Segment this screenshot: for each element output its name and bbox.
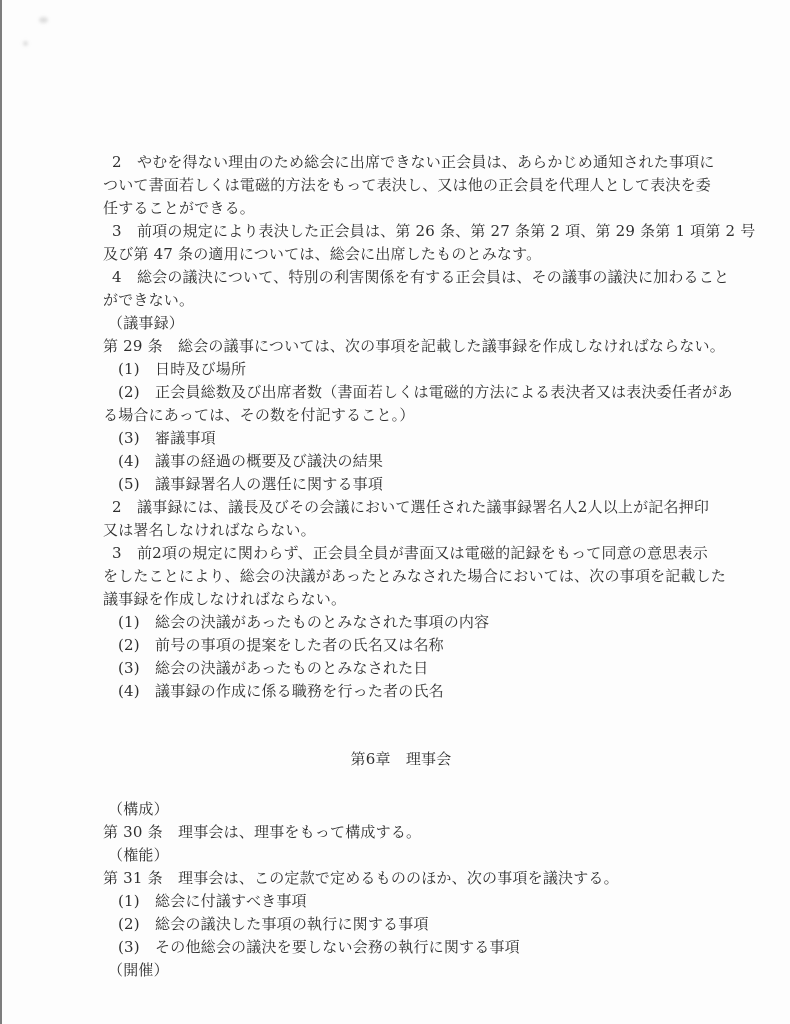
paragraph-line: 4 総会の議決について、特別の利害関係を有する正会員は、その議事の議決に加わるこ… bbox=[103, 266, 699, 289]
continuation-line: をしたことにより、総会の決議があったとみなされた場合においては、次の事項を記載し… bbox=[103, 565, 699, 588]
list-item-line: (3) 審議事項 bbox=[103, 427, 699, 450]
list-item-line: (1) 日時及び場所 bbox=[103, 358, 699, 381]
continuation-line: ができない。 bbox=[103, 289, 699, 312]
document-text: 2 やむを得ない理由のため総会に出席できない正会員は、あらかじめ通知された事項に… bbox=[103, 151, 699, 982]
paren-heading-line: （開催） bbox=[103, 959, 699, 982]
continuation-line: 又は署名しなければならない。 bbox=[103, 519, 699, 542]
list-item-line: (5) 議事録署名人の選任に関する事項 bbox=[103, 473, 699, 496]
continuation-line: ついて書面若しくは電磁的方法をもって表決し、又は他の正会員を代理人として表決を委 bbox=[103, 174, 699, 197]
continuation-line: 任することができる。 bbox=[103, 197, 699, 220]
document-page: 2 やむを得ない理由のため総会に出席できない正会員は、あらかじめ通知された事項に… bbox=[0, 0, 790, 1024]
paren-heading-line: （権能） bbox=[103, 844, 699, 867]
article-line: 第 29 条 総会の議事については、次の事項を記載した議事録を作成しなければなら… bbox=[103, 335, 699, 358]
paragraph-line: 3 前項の規定により表決した正会員は、第 26 条、第 27 条第 2 項、第 … bbox=[103, 220, 699, 243]
chapter-body: （構成）第 30 条 理事会は、理事をもって構成する。（権能）第 31 条 理事… bbox=[103, 798, 699, 982]
scan-edge-line bbox=[0, 0, 2, 1024]
continuation-line: る場合にあっては、その数を付記すること。） bbox=[103, 404, 699, 427]
article-line: 第 30 条 理事会は、理事をもって構成する。 bbox=[103, 821, 699, 844]
paren-heading-line: （議事録） bbox=[103, 312, 699, 335]
list-item-line: (3) その他総会の議決を要しない会務の執行に関する事項 bbox=[103, 936, 699, 959]
article-line: 第 31 条 理事会は、この定款で定めるもののほか、次の事項を議決する。 bbox=[103, 867, 699, 890]
paragraph-line: 3 前2項の規定に関わらず、正会員全員が書面又は電磁的記録をもって同意の意思表示 bbox=[103, 542, 699, 565]
scan-smudge bbox=[39, 17, 48, 23]
list-item-line: (4) 議事録の作成に係る職務を行った者の氏名 bbox=[103, 680, 699, 703]
continuation-line: 議事録を作成しなければならない。 bbox=[103, 588, 699, 611]
scan-smudge bbox=[23, 41, 28, 46]
list-item-line: (3) 総会の決議があったものとみなされた日 bbox=[103, 657, 699, 680]
paragraph-line: 2 議事録には、議長及びその会議において選任された議事録署名人2人以上が記名押印 bbox=[103, 496, 699, 519]
chapter-heading: 第6章 理事会 bbox=[103, 748, 699, 771]
document-body: 2 やむを得ない理由のため総会に出席できない正会員は、あらかじめ通知された事項に… bbox=[103, 151, 699, 703]
list-item-line: (4) 議事の経過の概要及び議決の結果 bbox=[103, 450, 699, 473]
list-item-line: (2) 前号の事項の提案をした者の氏名又は名称 bbox=[103, 634, 699, 657]
list-item-line: (2) 正会員総数及び出席者数（書面若しくは電磁的方法による表決者又は表決委任者… bbox=[103, 381, 699, 404]
list-item-line: (1) 総会の決議があったものとみなされた事項の内容 bbox=[103, 611, 699, 634]
paren-heading-line: （構成） bbox=[103, 798, 699, 821]
list-item-line: (2) 総会の議決した事項の執行に関する事項 bbox=[103, 913, 699, 936]
continuation-line: 及び第 47 条の適用については、総会に出席したものとみなす。 bbox=[103, 243, 699, 266]
list-item-line: (1) 総会に付議すべき事項 bbox=[103, 890, 699, 913]
paragraph-line: 2 やむを得ない理由のため総会に出席できない正会員は、あらかじめ通知された事項に bbox=[103, 151, 699, 174]
